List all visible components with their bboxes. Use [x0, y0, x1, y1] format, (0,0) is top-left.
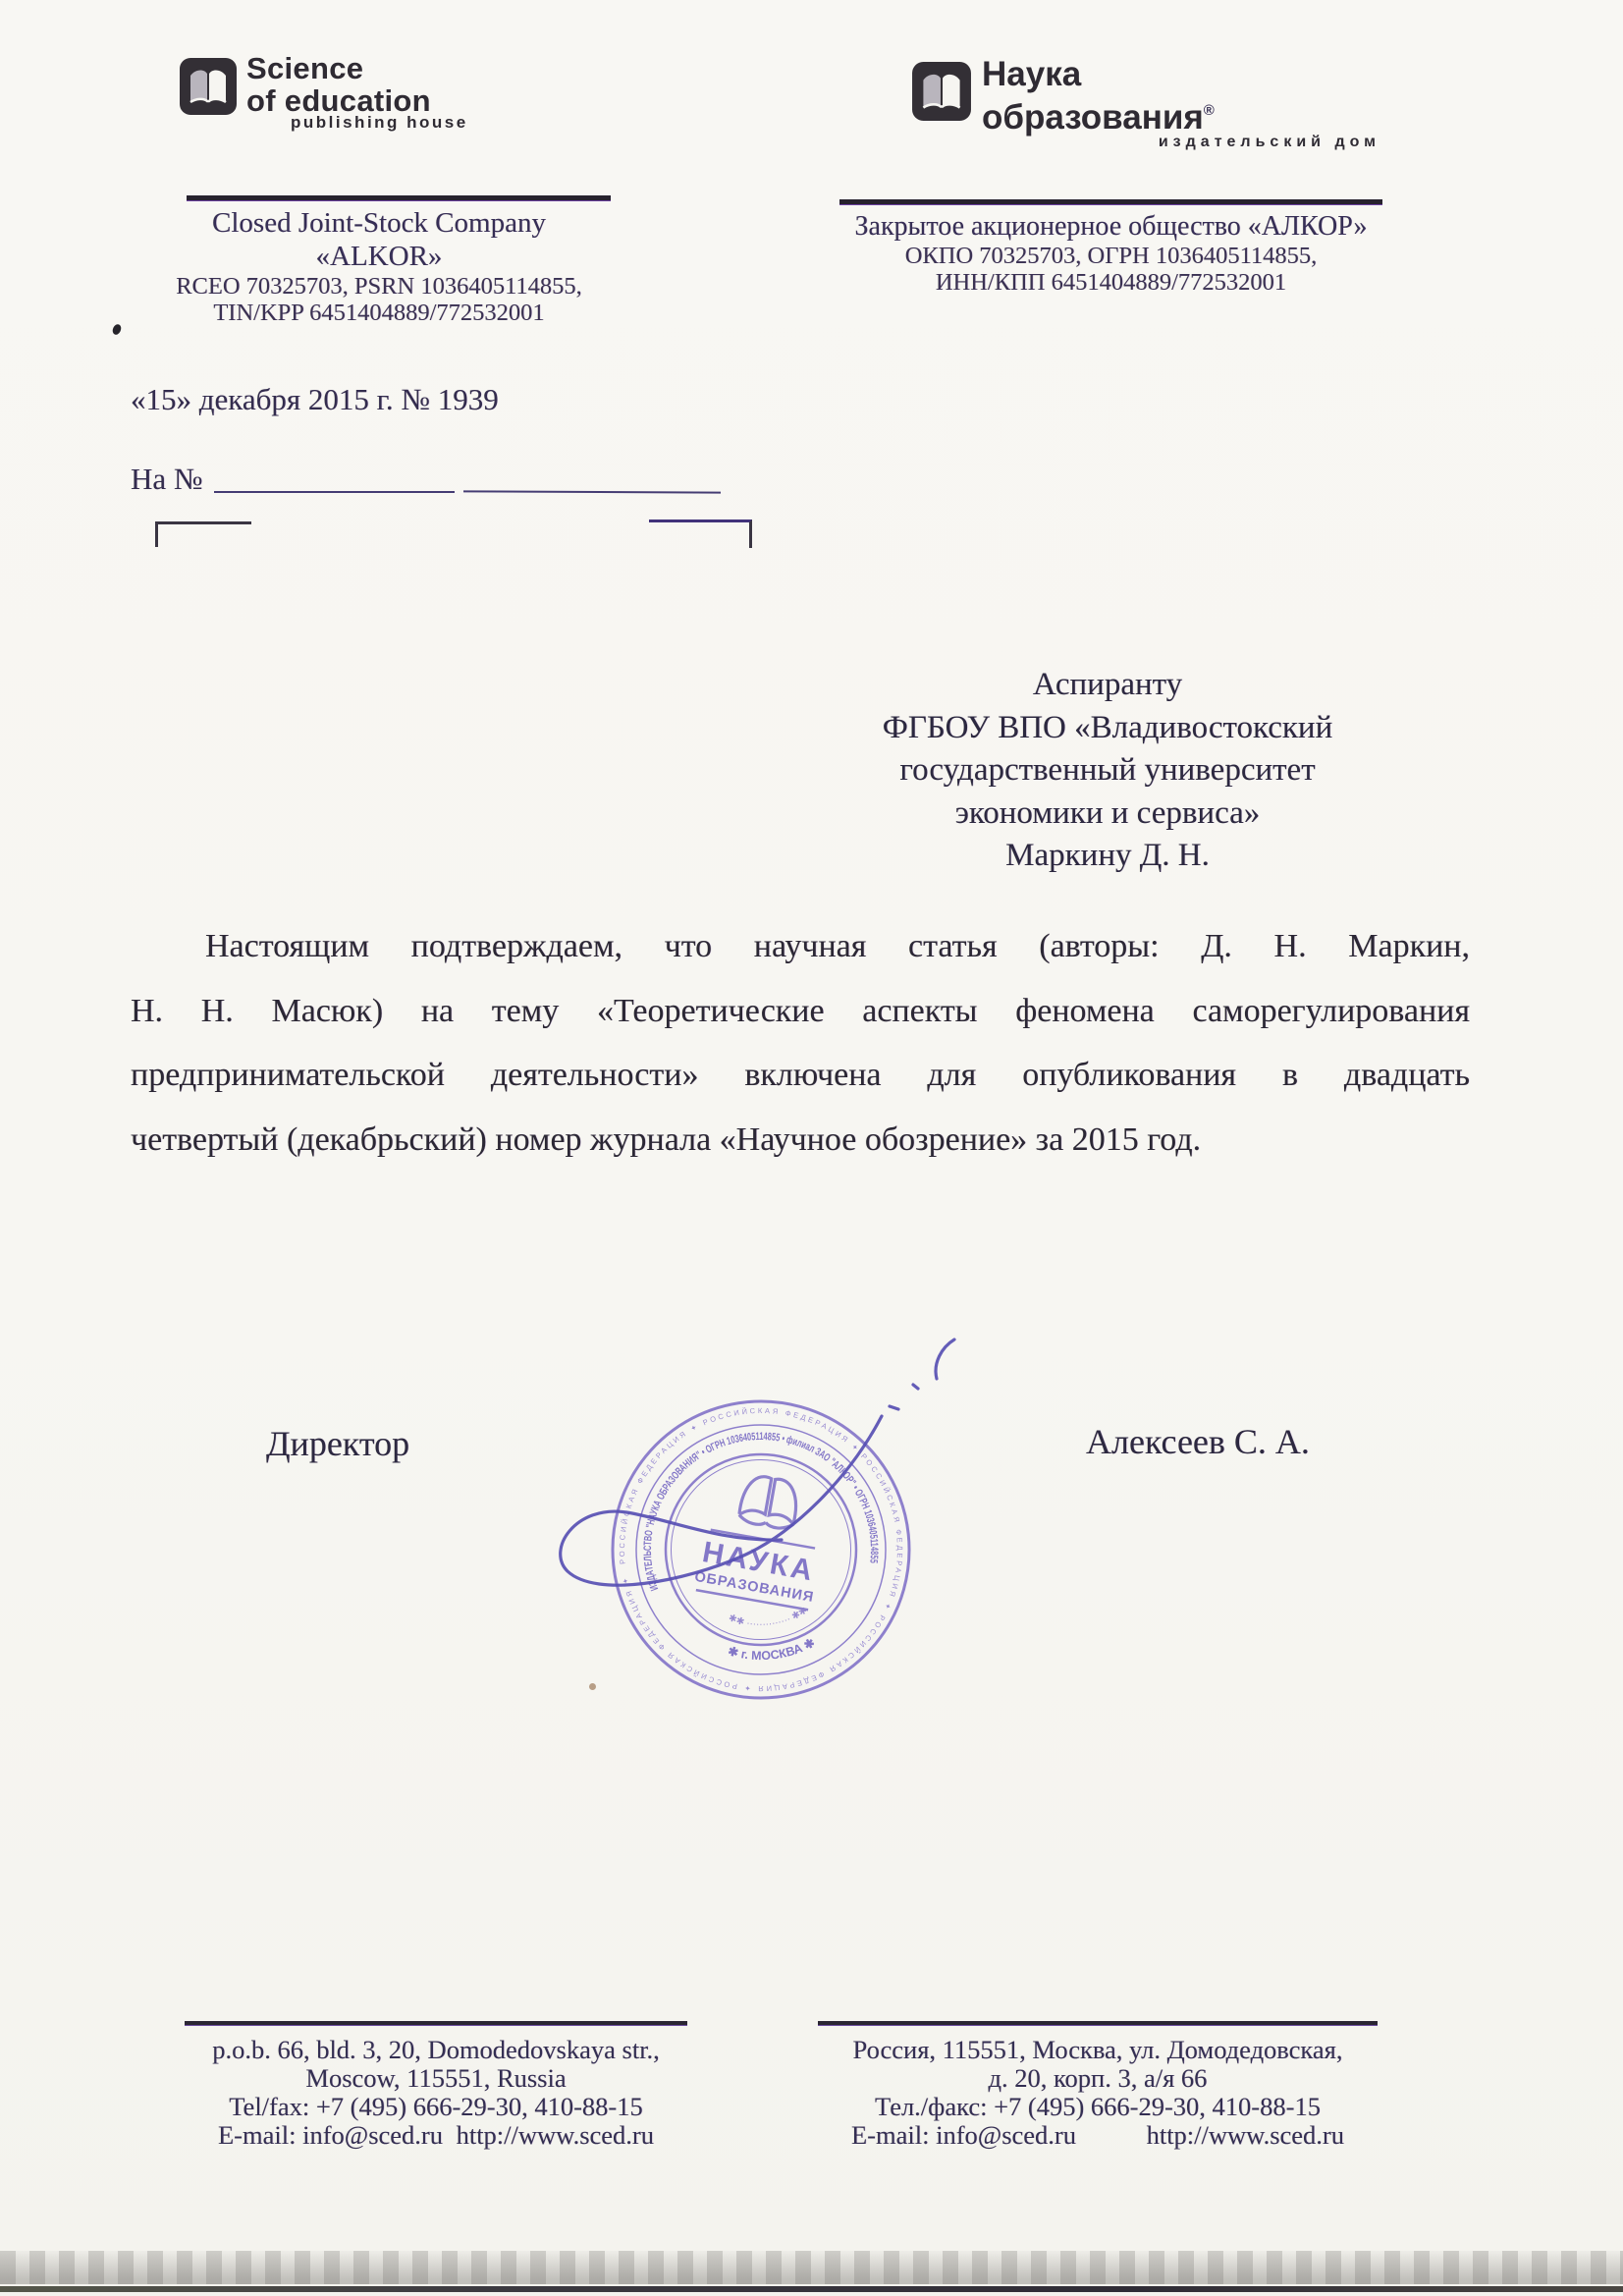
- body-line: предпринимательской деятельности» включе…: [131, 1043, 1470, 1108]
- right-logo-tagline: издательский дом: [982, 134, 1380, 151]
- right-header-rule: [839, 199, 1382, 205]
- scan-bottom-edge: [0, 2286, 1623, 2292]
- body-line: Н. Н. Масюк) на тему «Теоретические аспе…: [131, 979, 1470, 1044]
- footer-right-rule: [818, 2021, 1378, 2026]
- footer-left-rule: [185, 2021, 687, 2026]
- recipient-line: Маркину Д. Н.: [813, 835, 1402, 878]
- scanned-letter-page: Science of education publishing house На…: [0, 0, 1623, 2296]
- left-company-codes2: TIN/KPP 6451404889/772532001: [147, 300, 611, 326]
- reply-to-number-label: На №: [131, 462, 202, 497]
- left-company-block: Closed Joint-Stock Company «ALKOR» RCEO …: [147, 206, 611, 326]
- footer-city-ru: д. 20, корп. 3, а/я 66: [818, 2064, 1378, 2093]
- recipient-line: ФГБОУ ВПО «Владивостокский: [813, 707, 1402, 750]
- ink-speck: [111, 323, 123, 336]
- recipient-line: Аспиранту: [813, 664, 1402, 707]
- reply-number-blank-line: [463, 489, 721, 493]
- handwritten-signature: [353, 1159, 1041, 1709]
- open-book-icon: [911, 61, 972, 122]
- right-logo-line2: образования®: [982, 92, 1215, 136]
- left-company-name: Closed Joint-Stock Company «ALKOR»: [147, 206, 611, 273]
- footer-left-block: p.o.b. 66, bld. 3, 20, Domodedovskaya st…: [185, 2021, 687, 2150]
- left-logo-tagline: publishing house: [291, 113, 468, 133]
- footer-email-ru: E-mail: info@sced.ru: [851, 2121, 1076, 2150]
- footer-city-en: Moscow, 115551, Russia: [185, 2064, 687, 2093]
- right-company-block: Закрытое акционерное общество «АЛКОР» ОК…: [839, 210, 1382, 296]
- footer-phone-en: Tel/fax: +7 (495) 666-29-30, 410-88-15: [185, 2093, 687, 2121]
- right-company-codes2: ИНН/КПП 6451404889/772532001: [839, 269, 1382, 296]
- recipient-line: экономики и сервиса»: [813, 793, 1402, 836]
- right-company-codes1: ОКПО 70325703, ОГРН 1036405114855,: [839, 243, 1382, 269]
- body-paragraph: Настоящим подтверждаем, что научная стат…: [131, 914, 1470, 1172]
- recipient-line: государственный университет: [813, 749, 1402, 793]
- body-line: Настоящим подтверждаем, что научная стат…: [131, 914, 1470, 979]
- recipient-block: Аспиранту ФГБОУ ВПО «Владивостокский гос…: [813, 664, 1402, 878]
- right-logo-name: Наука образования®: [982, 56, 1215, 136]
- address-corner-bracket-left: [155, 521, 251, 547]
- open-book-icon: [179, 57, 238, 116]
- footer-email-en: E-mail: info@sced.ru: [218, 2121, 443, 2150]
- footer-phone-ru: Тел./факс: +7 (495) 666-29-30, 410-88-15: [818, 2093, 1378, 2121]
- left-company-codes1: RCEO 70325703, PSRN 1036405114855,: [147, 273, 611, 300]
- signer-name: Алексеев С. А.: [1086, 1421, 1310, 1462]
- left-logo-line1: Science: [246, 52, 431, 84]
- footer-address-en: p.o.b. 66, bld. 3, 20, Domodedovskaya st…: [185, 2036, 687, 2064]
- right-logo-line2-text: образования: [982, 98, 1204, 137]
- right-company-name: Закрытое акционерное общество «АЛКОР»: [839, 210, 1382, 243]
- footer-website-en: http://www.sced.ru: [457, 2121, 654, 2150]
- address-corner-bracket-right: [649, 519, 752, 548]
- paper-speck: [589, 1683, 596, 1690]
- left-header-rule: [187, 195, 611, 201]
- footer-right-block: Россия, 115551, Москва, ул. Домодедовска…: [818, 2021, 1378, 2150]
- registered-trademark-mark: ®: [1204, 102, 1215, 119]
- scan-smear-band: [0, 2251, 1623, 2284]
- date-and-number-line: «15» декабря 2015 г. № 1939: [131, 382, 499, 417]
- footer-website-ru: http://www.sced.ru: [1147, 2121, 1344, 2150]
- right-logo-line1: Наука: [982, 56, 1215, 92]
- footer-address-ru: Россия, 115551, Москва, ул. Домодедовска…: [818, 2036, 1378, 2064]
- reply-number-blank-line: [214, 490, 455, 493]
- left-logo-name: Science of education: [246, 52, 431, 117]
